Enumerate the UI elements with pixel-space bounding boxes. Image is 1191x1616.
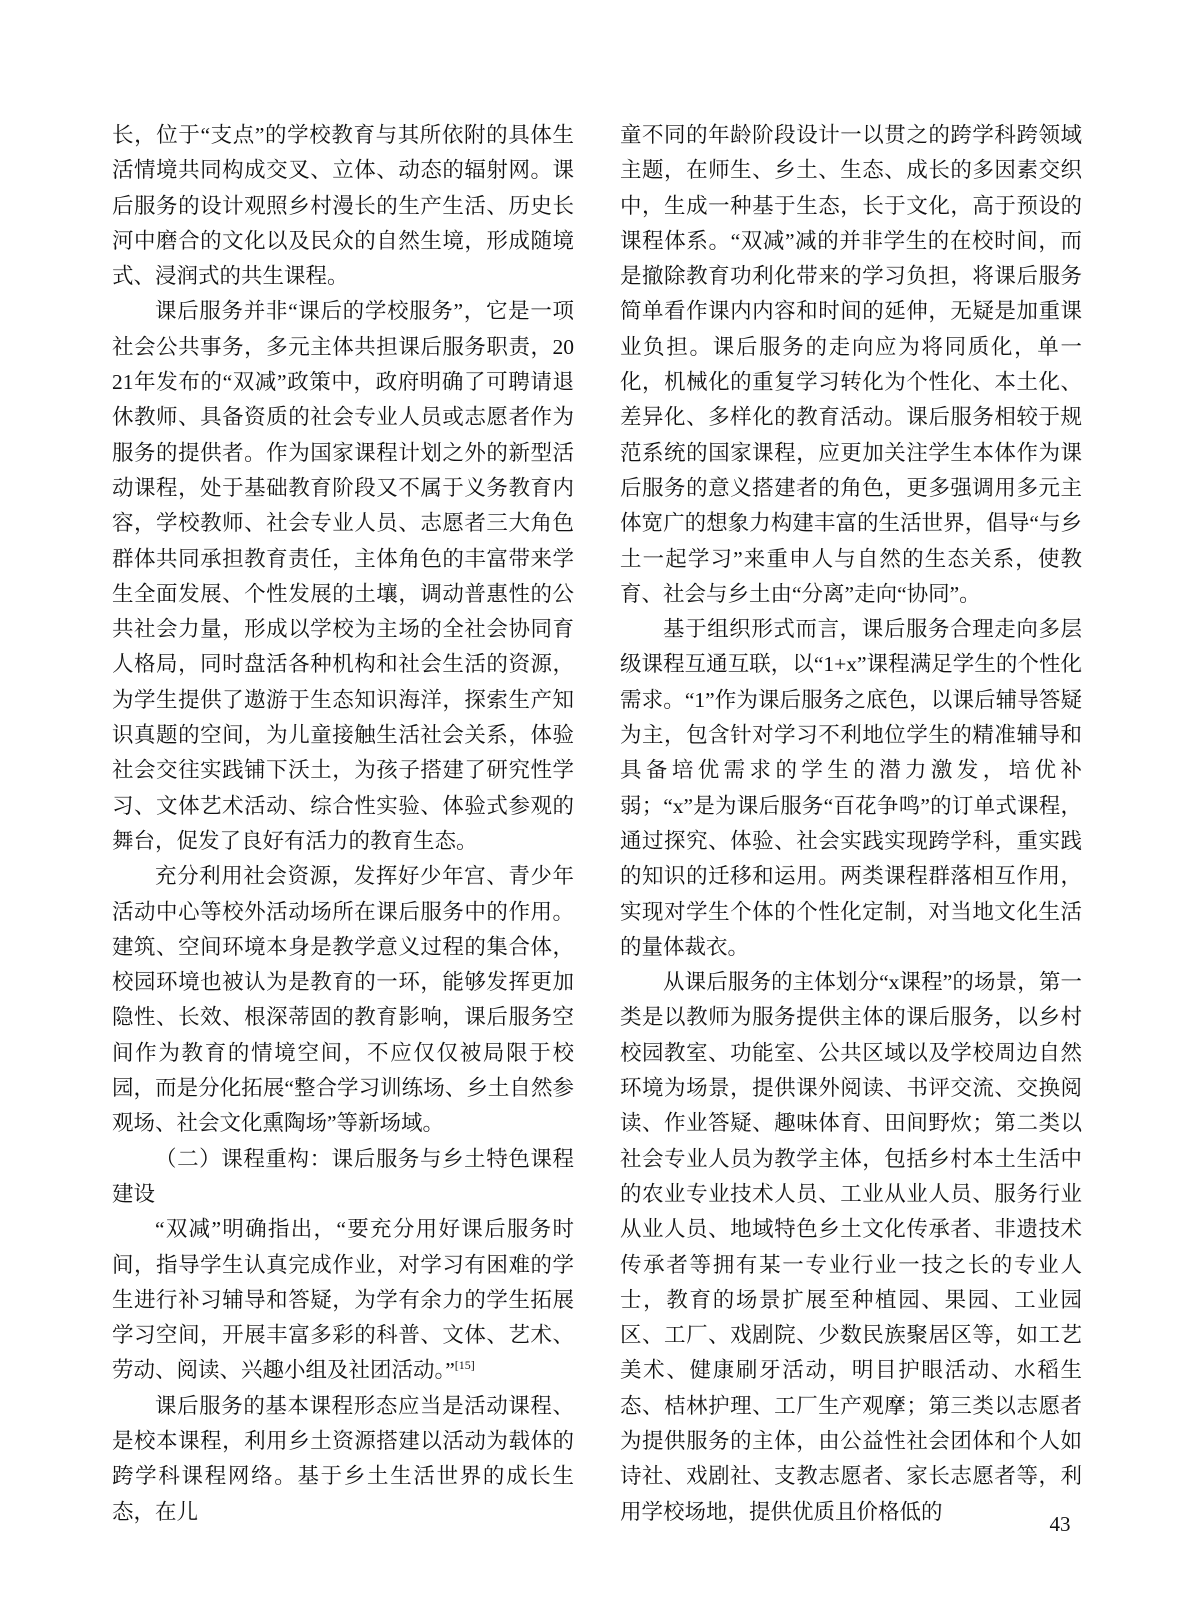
journal-article-page: 长，位于“支点”的学校教育与其所依附的具体生活情境共同构成交叉、立体、动态的辐射… — [0, 0, 1191, 1616]
body-paragraph-continuation: 童不同的年龄阶段设计一以贯之的跨学科跨领域主题，在师生、乡土、生态、成长的多因素… — [620, 118, 1082, 612]
body-paragraph: 充分利用社会资源，发挥好少年宫、青少年活动中心等校外活动场所在课后服务中的作用。… — [112, 859, 574, 1141]
body-paragraph: 课后服务的基本课程形态应当是活动课程、是校本课程，利用乡土资源搭建以活动为载体的… — [112, 1389, 574, 1530]
two-column-text-block: 长，位于“支点”的学校教育与其所依附的具体生活情境共同构成交叉、立体、动态的辐射… — [112, 118, 1082, 1530]
section-heading: （二）课程重构：课后服务与乡土特色课程建设 — [112, 1142, 574, 1213]
body-paragraph: 基于组织形式而言，课后服务合理走向多层级课程互通互联，以“1+x”课程满足学生的… — [620, 612, 1082, 965]
body-paragraph: 课后服务并非“课后的学校服务”，它是一项社会公共事务，多元主体共担课后服务职责，… — [112, 294, 574, 859]
right-column: 童不同的年龄阶段设计一以贯之的跨学科跨领域主题，在师生、乡土、生态、成长的多因素… — [620, 118, 1082, 1530]
page-number: 43 — [1035, 1512, 1085, 1537]
body-paragraph-continuation: 长，位于“支点”的学校教育与其所依附的具体生活情境共同构成交叉、立体、动态的辐射… — [112, 118, 574, 294]
left-column: 长，位于“支点”的学校教育与其所依附的具体生活情境共同构成交叉、立体、动态的辐射… — [112, 118, 574, 1530]
quoted-policy-text: “双减”明确指出，“要充分用好课后服务时间，指导学生认真完成作业，对学习有困难的… — [112, 1217, 574, 1382]
body-paragraph: 从课后服务的主体划分“x课程”的场景，第一类是以教师为服务提供主体的课后服务，以… — [620, 965, 1082, 1530]
footnote-marker: [15] — [455, 1358, 475, 1372]
body-paragraph-with-footnote: “双减”明确指出，“要充分用好课后服务时间，指导学生认真完成作业，对学习有困难的… — [112, 1212, 574, 1388]
